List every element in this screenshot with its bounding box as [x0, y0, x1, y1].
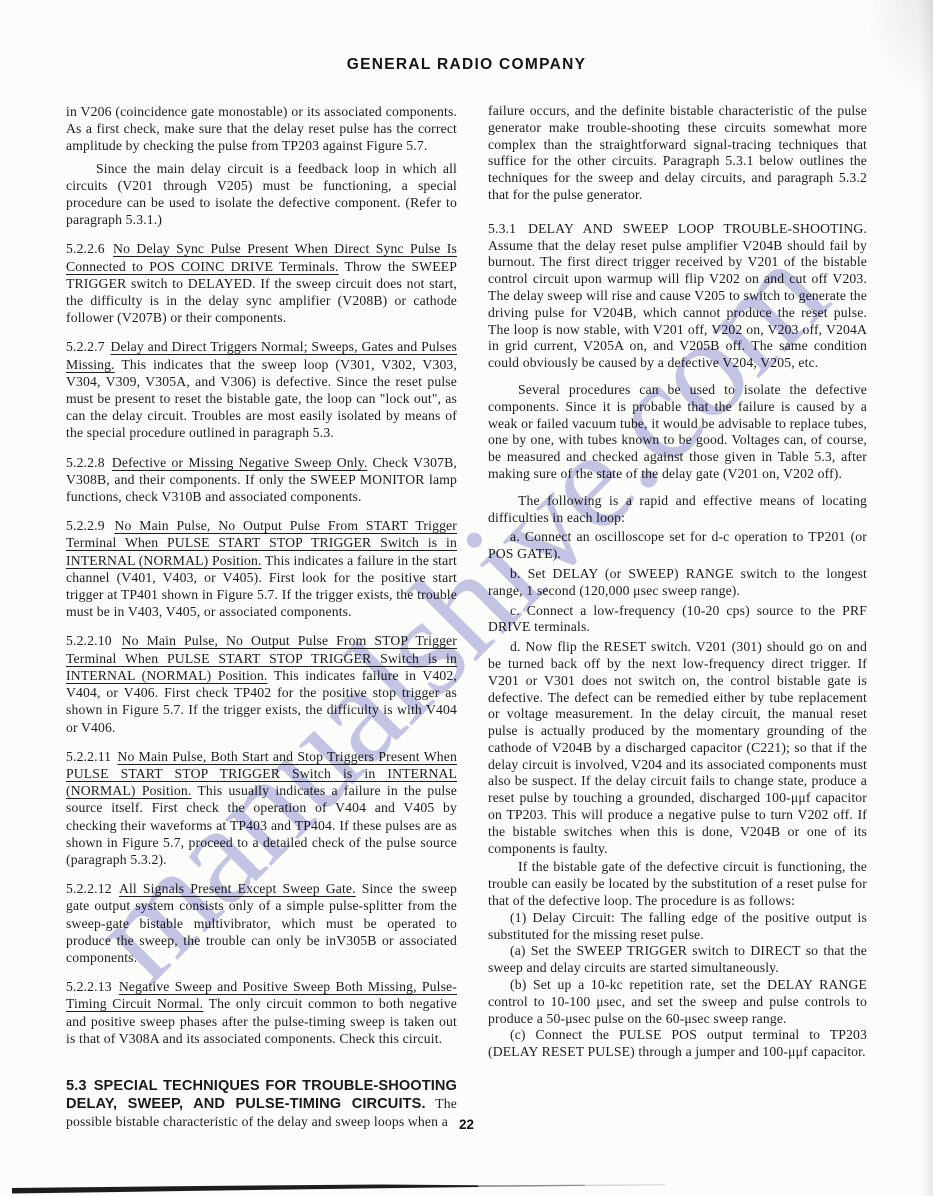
scan-artifact-bottom-bar: [0, 1180, 933, 1196]
paragraph: Several procedures can be used to isolat…: [488, 382, 867, 483]
section-5-2-2-6: 5.2.2.6 No Delay Sync Pulse Present When…: [66, 240, 457, 326]
list-item-c2: (c) Connect the PULSE POS output termina…: [488, 1027, 867, 1061]
scanned-manual-page: GENERAL RADIO COMPANY in V206 (coinciden…: [0, 0, 933, 1196]
section-5-2-2-13: 5.2.2.13 Negative Sweep and Positive Swe…: [66, 978, 457, 1047]
list-item-a2: (a) Set the SWEEP TRIGGER switch to DIRE…: [488, 943, 867, 977]
section-text: This indicates that the sweep loop (V301…: [66, 357, 457, 441]
section-number: 5.2.2.9: [66, 518, 107, 533]
section-5-2-2-8: 5.2.2.8 Defective or Missing Negative Sw…: [66, 454, 457, 506]
section-title: DELAY AND SWEEP LOOP TROUBLE-SHOOTING.: [528, 221, 867, 236]
section-number: 5.2.2.10: [66, 633, 114, 648]
section-5-2-2-9: 5.2.2.9 No Main Pulse, No Output Pulse F…: [66, 517, 457, 620]
section-number: 5.2.2.13: [66, 979, 114, 994]
page-header-title: GENERAL RADIO COMPANY: [0, 56, 933, 74]
section-number: 5.2.2.6: [66, 241, 107, 256]
list-item-1: (1) Delay Circuit: The falling edge of t…: [488, 910, 867, 944]
list-item-b: b. Set DELAY (or SWEEP) RANGE switch to …: [488, 566, 867, 600]
section-number: 5.2.2.7: [66, 339, 107, 354]
page-number: 22: [0, 1117, 933, 1132]
scan-corner-smudge: [863, 0, 933, 100]
section-title: All Signals Present Except Sweep Gate.: [119, 881, 356, 896]
right-column: failure occurs, and the definite bistabl…: [488, 103, 867, 1061]
section-number: 5.2.2.12: [66, 881, 114, 896]
list-item-a: a. Connect an oscilloscope set for d-c o…: [488, 529, 867, 563]
section-5-2-2-12: 5.2.2.12 All Signals Present Except Swee…: [66, 880, 457, 966]
paragraph-continuation: in V206 (coincidence gate monostable) or…: [66, 103, 457, 155]
section-5-2-2-11: 5.2.2.11 No Main Pulse, Both Start and S…: [66, 748, 457, 868]
paragraph-continuation: failure occurs, and the definite bistabl…: [488, 103, 867, 204]
section-title: Defective or Missing Negative Sweep Only…: [112, 455, 368, 470]
paragraph: Since the main delay circuit is a feedba…: [66, 160, 457, 229]
section-5-2-2-7: 5.2.2.7 Delay and Direct Triggers Normal…: [66, 338, 457, 441]
section-number: 5.2.2.11: [66, 749, 113, 764]
list-item-c: c. Connect a low-frequency (10-20 cps) s…: [488, 603, 867, 637]
section-number: 5.2.2.8: [66, 455, 107, 470]
scan-edge-shadow: [919, 0, 933, 1196]
left-column: in V206 (coincidence gate monostable) or…: [66, 103, 457, 1131]
section-5-2-2-10: 5.2.2.10 No Main Pulse, No Output Pulse …: [66, 632, 457, 735]
list-item-b2: (b) Set up a 10-kc repetition rate, set …: [488, 977, 867, 1027]
paragraph: The following is a rapid and effective m…: [488, 493, 867, 527]
section-number: 5.3.1: [488, 221, 518, 236]
section-5-3-1: 5.3.1 DELAY AND SWEEP LOOP TROUBLE-SHOOT…: [488, 221, 867, 372]
section-text: Assume that the delay reset pulse amplif…: [488, 238, 867, 371]
section-number: 5.3: [66, 1078, 89, 1094]
list-item-d: d. Now flip the RESET switch. V201 (301)…: [488, 639, 867, 857]
section-title: SPECIAL TECHNIQUES FOR TROUBLE-SHOOTING …: [66, 1078, 457, 1112]
paragraph: If the bistable gate of the defective ci…: [488, 859, 867, 909]
